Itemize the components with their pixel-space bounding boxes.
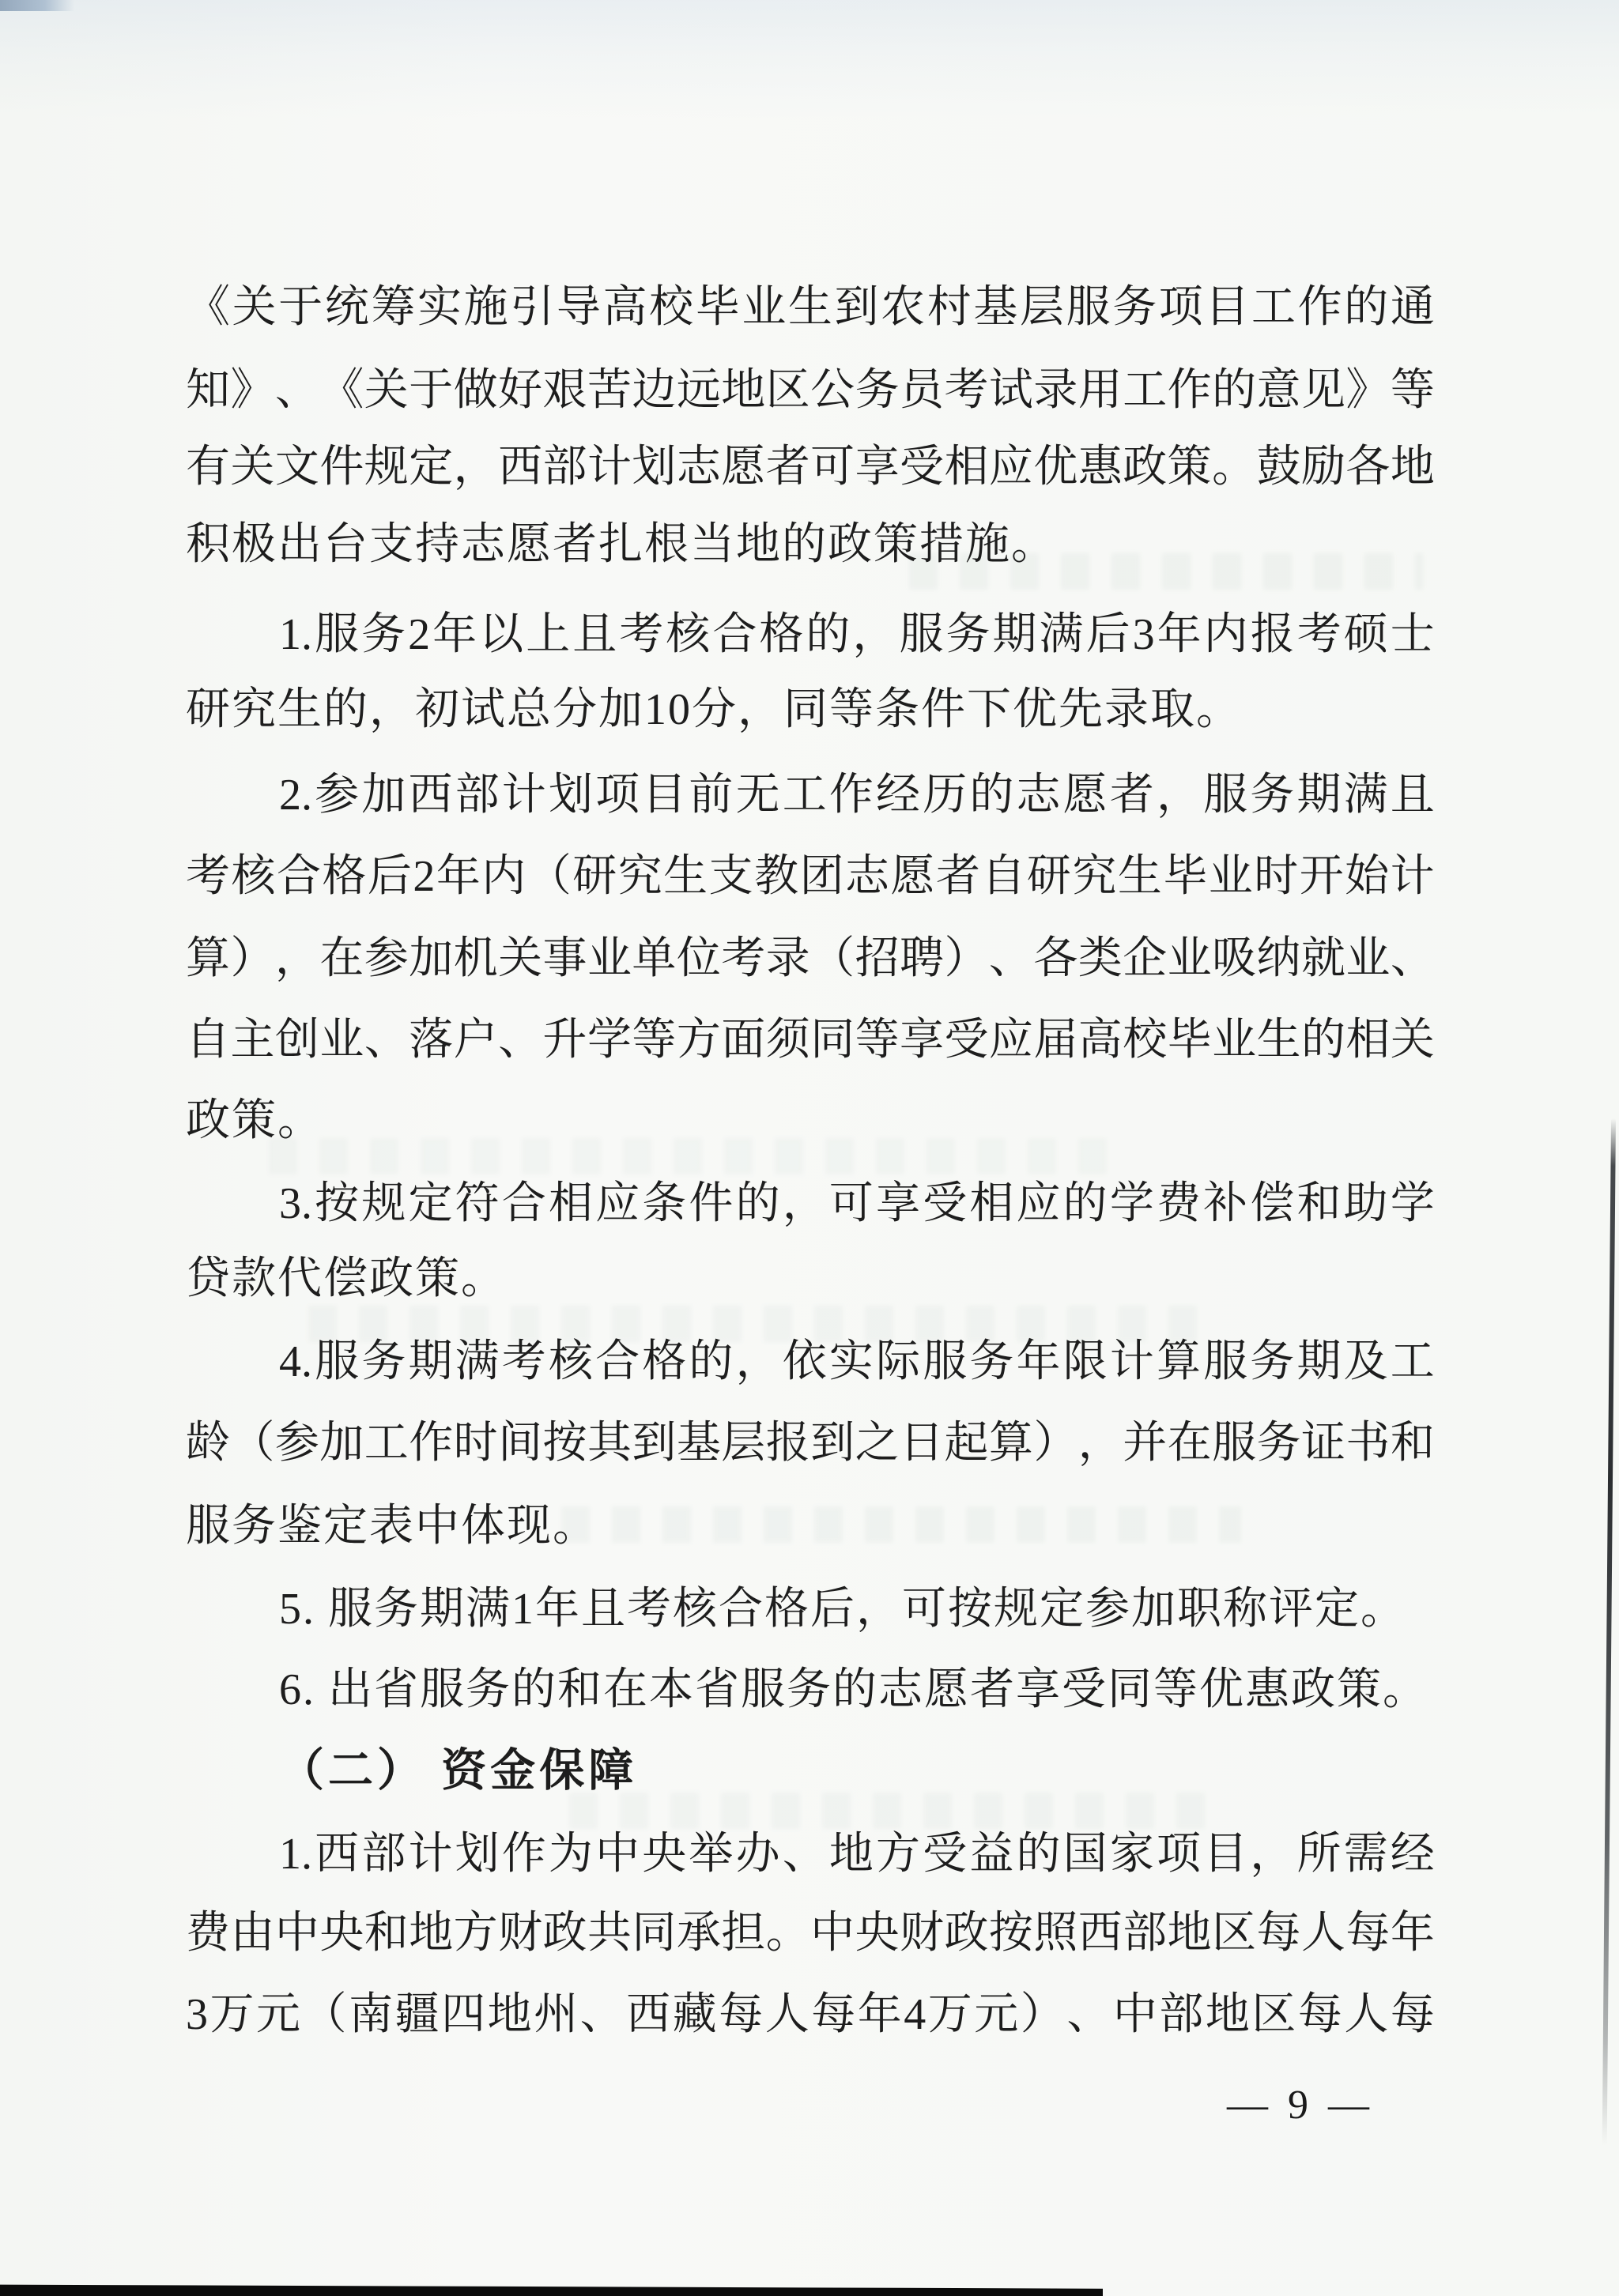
text-line: 1.西部计划作为中央举办、地方受益的国家项目，所需经: [186, 1829, 1435, 1881]
text-line: 《关于统筹实施引导高校毕业生到农村基层服务项目工作的通: [186, 282, 1435, 334]
text-line: 3.按规定符合相应条件的，可享受相应的学费补偿和助学: [186, 1178, 1435, 1231]
text-line: 6. 出省服务的和在本省服务的志愿者享受同等优惠政策。: [186, 1665, 1435, 1717]
text-line: 服务鉴定表中体现。: [186, 1501, 1435, 1553]
text-line: 5. 服务期满1年且考核合格后，可按规定参加职称评定。: [186, 1584, 1435, 1636]
text-line: 自主创业、落户、升学等方面须同等享受应届高校毕业生的相关: [186, 1015, 1435, 1067]
scan-edge-artifact: [1602, 1118, 1616, 2146]
text-line: 知》、《关于做好艰苦边远地区公务员考试录用工作的意见》等: [186, 365, 1435, 417]
text-line: 1.服务2年以上且考核合格的，服务期满后3年内报考硕士: [186, 609, 1435, 662]
text-line: 龄（参加工作时间按其到基层报到之日起算），并在服务证书和: [186, 1418, 1435, 1470]
text-line: 算），在参加机关事业单位考录（招聘）、各类企业吸纳就业、: [186, 933, 1435, 986]
text-line: 4.服务期满考核合格的，依实际服务年限计算服务期及工: [186, 1337, 1435, 1389]
text-line: 有关文件规定，西部计划志愿者可享受相应优惠政策。鼓励各地: [186, 442, 1435, 494]
text-line: 贷款代偿政策。: [186, 1254, 1435, 1306]
text-line: 3万元（南疆四地州、西藏每人每年4万元）、中部地区每人每: [186, 1989, 1435, 2042]
document-page: 《关于统筹实施引导高校毕业生到农村基层服务项目工作的通知》、《关于做好艰苦边远地…: [0, 0, 1619, 2296]
text-line: 研究生的，初试总分加10分，同等条件下优先录取。: [186, 684, 1435, 737]
scan-corner-artifact: [0, 0, 74, 11]
text-line: 积极出台支持志愿者扎根当地的政策措施。: [186, 519, 1435, 571]
text-line: 考核合格后2年内（研究生支教团志愿者自研究生毕业时开始计: [186, 851, 1435, 903]
text-line: 费由中央和地方财政共同承担。中央财政按照西部地区每人每年: [186, 1908, 1435, 1960]
section-heading: （二） 资金保障: [186, 1746, 1435, 1798]
scan-bottom-edge-artifact: [0, 2283, 1103, 2296]
page-number: — 9 —: [1227, 2083, 1374, 2128]
text-line: 政策。: [186, 1095, 1435, 1148]
text-line: 2.参加西部计划项目前无工作经历的志愿者，服务期满且: [186, 770, 1435, 822]
